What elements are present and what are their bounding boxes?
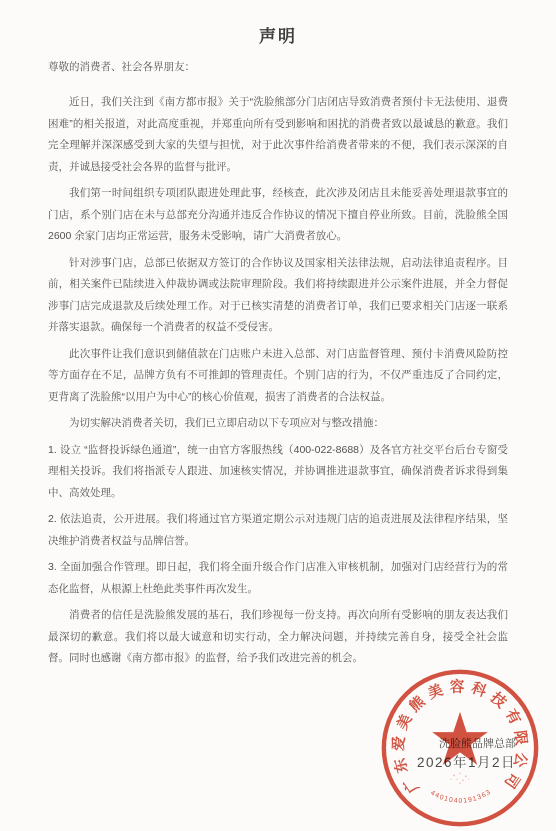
statement-body: 声明 尊敬的消费者、社会各界朋友： 近日，我们关注到《南方都市报》关于“洗脸熊部… — [48, 26, 508, 675]
page-title: 声明 — [48, 26, 508, 48]
seal-registration-number: 4401040191363 — [429, 789, 492, 805]
salutation: 尊敬的消费者、社会各界朋友： — [48, 57, 508, 79]
measures-intro: 为切实解决消费者关切，我们已立即启动以下专项应对与整改措施： — [48, 413, 508, 435]
paragraph-apology: 近日，我们关注到《南方都市报》关于“洗脸熊部分门店闭店导致消费者预付卡无法使用、… — [48, 92, 508, 178]
measure-legal-disclosure: 2. 依法追责，公开进展。我们将通过官方渠道定期公示对违规门店的追责进展及法律程… — [48, 509, 508, 552]
paragraph-responsibility: 此次事件让我们意识到储值款在门店账户未进入总部、对门店监督管理、预付卡消费风险防… — [48, 344, 508, 409]
closing-paragraph: 消费者的信任是洗脸熊发展的基石，我们珍视每一份支持。再次向所有受影响的朋友表达我… — [48, 605, 508, 670]
measure-management: 3. 全面加强合作管理。即日起，我们将全面升级合作门店准入审核机制，加强对门店经… — [48, 557, 508, 600]
statement-page: 声明 尊敬的消费者、社会各界朋友： 近日，我们关注到《南方都市报》关于“洗脸熊部… — [0, 0, 556, 831]
measure-complaint-channel: 1. 设立 “监督投诉绿色通道”，统一由官方客服热线（400-022-8688）… — [48, 440, 508, 505]
seal-speckle-texture — [451, 773, 470, 784]
paragraph-legal-action: 针对涉事门店，总部已依据双方签订的合作协议及国家相关法律法规，启动法律追责程序。… — [48, 253, 508, 339]
paragraph-investigation: 我们第一时间组织专项团队跟进处理此事，经核查，此次涉及闭店且未能妥善处理退款事宜… — [48, 183, 508, 248]
seal-star-icon — [432, 712, 488, 765]
company-seal-icon: 广东爱美熊美容科技有限公司 4401040191363 — [378, 666, 542, 830]
